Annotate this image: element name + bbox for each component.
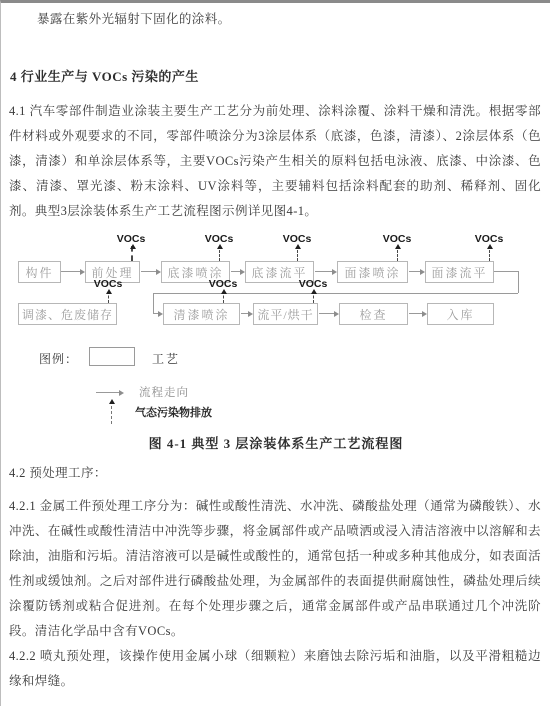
- flow-arrow-icon: [315, 271, 335, 272]
- figure-caption: 图 4-1 典型 3 层涂装体系生产工艺流程图: [1, 433, 550, 452]
- legend-emission-arrow-label: 气态污染物排放: [135, 404, 212, 420]
- flow-box-leveling-drying: 流平/烘干: [253, 303, 318, 325]
- legend-emission-arrow-icon: [111, 401, 112, 424]
- vocs-emission-arrow-icon: [131, 246, 133, 261]
- flow-box-component: 构件: [18, 261, 61, 283]
- legend-flow-arrow-label: 流程走向: [139, 384, 189, 400]
- feedback-line: [494, 271, 518, 272]
- document-page: { "page": { "intro_line": "暴露在紫外光辐射下固化的涂…: [0, 0, 550, 706]
- flow-arrow-icon: [319, 313, 337, 314]
- intro-continuation-line: 暴露在紫外光辐射下固化的涂料。: [37, 7, 517, 32]
- flow-box-inspection: 检查: [339, 303, 408, 325]
- vocs-emission-arrow-icon: [219, 246, 220, 261]
- flow-arrow-icon: [241, 313, 251, 314]
- flow-box-topcoat-leveling: 面漆流平: [425, 261, 494, 283]
- vocs-emission-arrow-icon: [297, 246, 298, 261]
- vocs-emission-arrow-icon: [313, 291, 314, 303]
- flow-arrow-icon: [141, 271, 159, 272]
- flow-arrow-icon: [409, 313, 425, 314]
- vocs-emission-arrow-icon: [223, 291, 224, 303]
- flow-box-topcoat-spray: 面漆喷涂: [337, 261, 408, 283]
- vocs-emission-arrow-icon: [489, 246, 490, 261]
- paragraph-4-2-1: 4.2.1 金属工件预处理工序分为：碱性或酸性清洗、水冲洗、磷酸盐处理（通常为磷…: [9, 494, 541, 644]
- flow-box-clearcoat-spray: 清漆喷涂: [163, 303, 240, 325]
- paragraph-4-1: 4.1 汽车零部件制造业涂装主要生产工艺分为前处理、涂料涂覆、涂料干燥和清洗。根…: [9, 99, 541, 224]
- flow-arrow-icon: [61, 271, 83, 272]
- flow-box-paint-mixing-storage: 调漆、危废储存: [18, 303, 117, 325]
- flow-box-warehousing: 入库: [427, 303, 494, 325]
- vocs-emission-arrow-icon: [108, 291, 109, 303]
- feedback-line: [153, 293, 154, 314]
- legend-title: 图例：: [39, 350, 78, 367]
- flow-arrow-icon: [231, 271, 243, 272]
- flow-arrow-icon: [153, 313, 161, 314]
- feedback-line: [518, 271, 519, 293]
- section-4-2-heading: 4.2 预处理工序：: [9, 461, 309, 486]
- vocs-emission-arrow-icon: [397, 246, 398, 261]
- paragraph-4-2-2: 4.2.2 喷丸预处理，该操作使用金属小球（细颗粒）来磨蚀去除污垢和油脂，以及平…: [9, 644, 541, 694]
- legend-process-label: 工艺: [152, 350, 180, 367]
- legend-flow-arrow-icon: [96, 392, 122, 393]
- flow-arrow-icon: [409, 271, 423, 272]
- section-4-heading: 4 行业生产与 VOCs 污染的产生: [10, 66, 530, 85]
- legend-process-box: [89, 347, 135, 366]
- feedback-line: [153, 293, 518, 294]
